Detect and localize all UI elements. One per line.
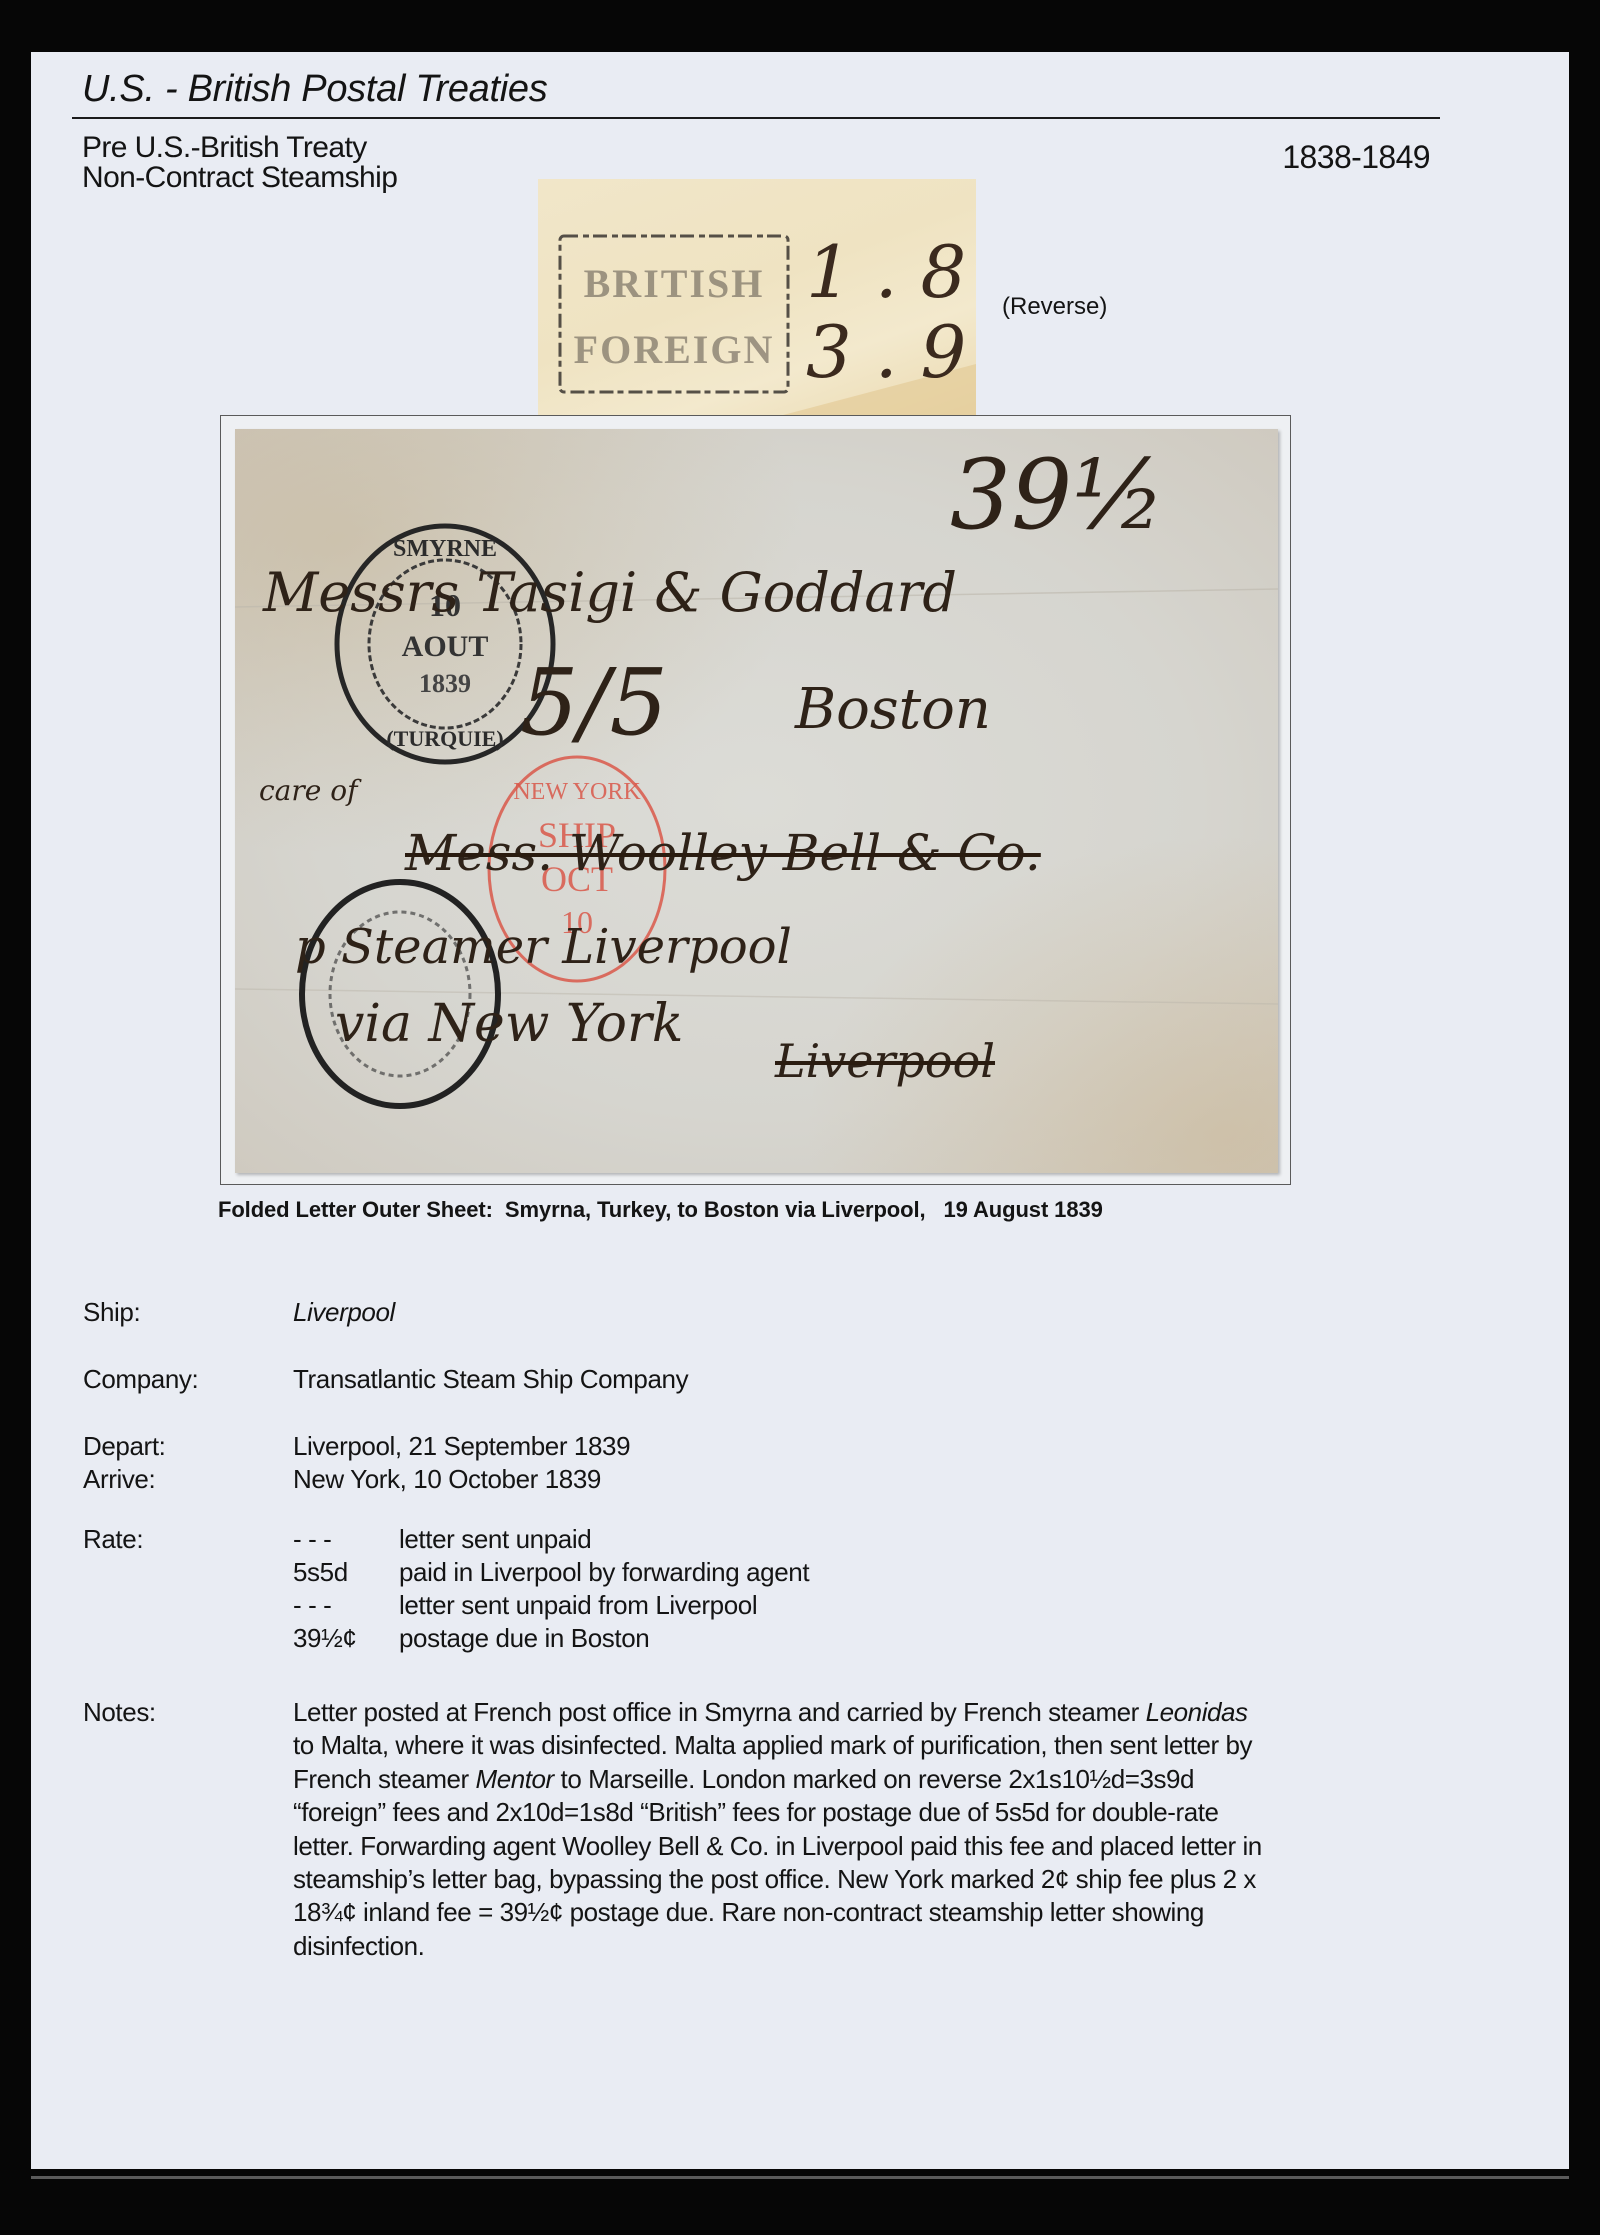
notes-line: steamship’s letter bag, bypassing the po… (293, 1863, 1433, 1896)
manuscript-line-2: 3 . 9 (806, 310, 966, 394)
notes-line: to Malta, where it was disinfected. Malt… (293, 1729, 1433, 1762)
notes-paragraph: Letter posted at French post office in S… (293, 1696, 1433, 1963)
subtitle-line-1: Pre U.S.-British Treaty (82, 133, 397, 163)
notes-line: “foreign” fees and 2x10d=1s8d “British” … (293, 1796, 1433, 1829)
notes-line: 18¾¢ inland fee = 39½¢ postage due. Rare… (293, 1896, 1433, 1929)
notes-line: letter. Forwarding agent Woolley Bell & … (293, 1830, 1433, 1863)
rate-amount: 39½¢ (293, 1622, 399, 1655)
route-via-new-york: via New York (335, 994, 683, 1054)
arrive-label: Arrive: (83, 1463, 155, 1496)
notes-line: Letter posted at French post office in S… (293, 1696, 1433, 1729)
rate-amount: 5s5d (293, 1556, 399, 1589)
care-of-text: care of (259, 774, 357, 807)
page-edge-line (31, 2176, 1569, 2179)
manuscript-rate-5-5: 5/5 (520, 649, 668, 756)
rate-row: 39½¢ postage due in Boston (293, 1622, 809, 1655)
rate-row: - - - letter sent unpaid (293, 1523, 809, 1556)
struck-forwarding-agent: Mess. Woolley Bell & Co. (405, 824, 1041, 882)
reverse-image: BRITISH FOREIGN 1 . 8 3 . 9 (538, 179, 976, 427)
address-addressee: Messrs Tasigi & Goddard (263, 561, 957, 624)
company-label: Company: (83, 1363, 198, 1396)
rate-amount: - - - (293, 1589, 399, 1622)
notes-line: French steamer Mentor to Marseille. Lond… (293, 1763, 1433, 1796)
struck-liverpool: Liverpool (775, 1034, 995, 1088)
rate-description: postage due in Boston (399, 1622, 649, 1655)
reverse-label: (Reverse) (1002, 292, 1107, 322)
arrive-value: New York, 10 October 1839 (293, 1463, 601, 1496)
svg-text:SMYRNE: SMYRNE (393, 536, 497, 562)
rate-description: letter sent unpaid from Liverpool (399, 1589, 757, 1622)
rate-amount: - - - (293, 1523, 399, 1556)
subtitle-line-2: Non-Contract Steamship (82, 163, 397, 193)
rate-description: letter sent unpaid (399, 1523, 591, 1556)
rate-row: - - - letter sent unpaid from Liverpool (293, 1589, 809, 1622)
notes-line: disinfection. (293, 1930, 1433, 1963)
route-steamer-liverpool: p Steamer Liverpool (295, 919, 792, 975)
ship-value: Liverpool (293, 1296, 395, 1329)
depart-value: Liverpool, 21 September 1839 (293, 1430, 630, 1463)
ship-label: Ship: (83, 1296, 140, 1329)
address-city: Boston (795, 677, 991, 742)
cover-caption: Folded Letter Outer Sheet: Smyrna, Turke… (218, 1197, 1103, 1223)
date-range: 1838-1849 (1282, 139, 1430, 175)
svg-text:1839: 1839 (419, 669, 471, 698)
svg-text:(TURQUIE): (TURQUIE) (386, 726, 503, 751)
page-subtitle: Pre U.S.-British Treaty Non-Contract Ste… (82, 133, 397, 193)
reverse-markings-icon: BRITISH FOREIGN 1 . 8 3 . 9 (538, 179, 976, 427)
rate-row: 5s5d paid in Liverpool by forwarding age… (293, 1556, 809, 1589)
rate-description: paid in Liverpool by forwarding agent (399, 1556, 809, 1589)
rate-label: Rate: (83, 1523, 143, 1556)
svg-text:AOUT: AOUT (402, 630, 489, 663)
rate-table: - - - letter sent unpaid 5s5d paid in Li… (293, 1523, 809, 1655)
svg-text:NEW YORK: NEW YORK (513, 779, 641, 805)
page-title: U.S. - British Postal Treaties (82, 67, 547, 111)
notes-label: Notes: (83, 1696, 156, 1729)
title-rule-divider (72, 117, 1440, 119)
company-value: Transatlantic Steam Ship Company (293, 1363, 688, 1396)
depart-label: Depart: (83, 1430, 165, 1463)
handstamp-line-2: FOREIGN (574, 327, 775, 372)
manuscript-rate-39-half: 39½ (950, 439, 1165, 551)
handstamp-line-1: BRITISH (584, 261, 765, 306)
manuscript-line-1: 1 . 8 (806, 230, 966, 314)
folded-letter-cover-image: SMYRNE 10 AOUT 1839 (TURQUIE) NEW YORK S… (235, 429, 1278, 1173)
